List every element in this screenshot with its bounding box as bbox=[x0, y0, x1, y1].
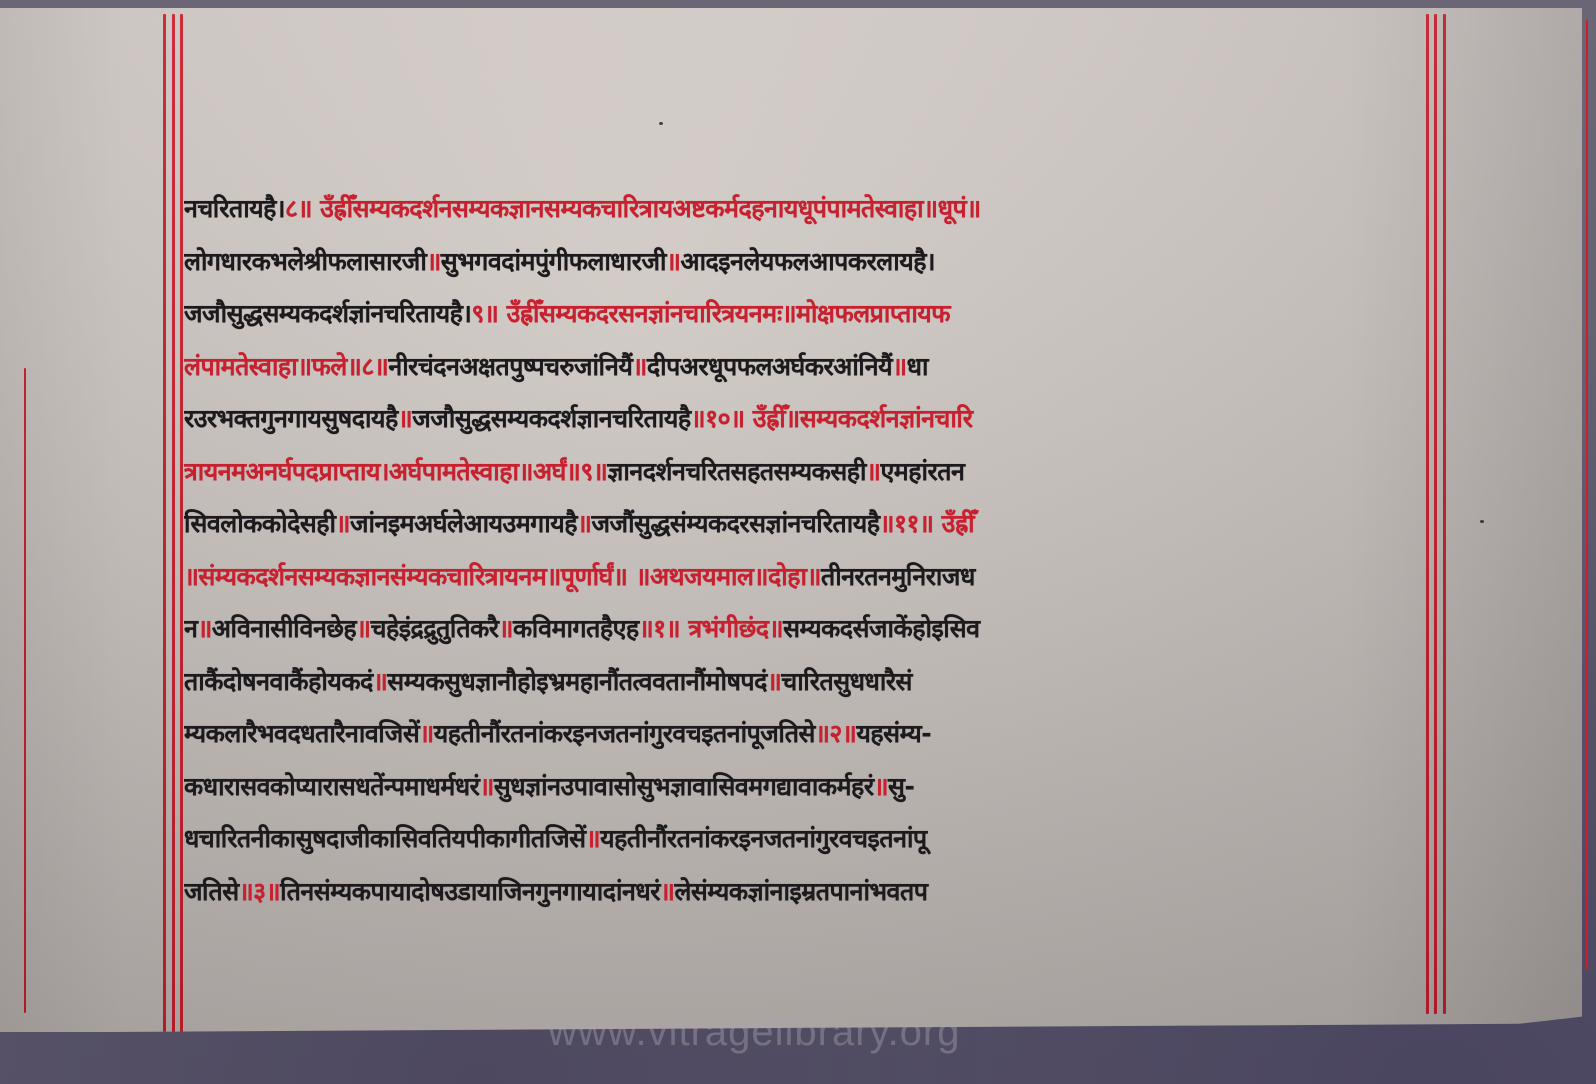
text-segment: रउरभक्तगुनगायसुषदायहै bbox=[184, 404, 398, 433]
text-segment: ॥२॥ bbox=[815, 719, 856, 748]
text-segment: ताकैंदोषनवाकैंहोयकदं bbox=[184, 667, 373, 696]
text-segment: त्रायनमअनर्घपदप्राप्ताय।अर्घपामतेस्वाहा॥… bbox=[184, 457, 607, 486]
text-segment: जतिसे bbox=[184, 877, 239, 906]
text-line-1: नचरितायहै।८॥ उँह्रीँसम्यकदर्शनसम्यकज्ञान… bbox=[184, 183, 1406, 236]
text-segment: ॥ bbox=[197, 614, 211, 643]
text-line-4: लंपामतेस्वाहा॥फले॥८॥नीरचंदनअक्षतपुष्पचरु… bbox=[184, 341, 1406, 394]
right-margin-rule-2 bbox=[1434, 14, 1437, 1014]
text-line-11: म्यकलारैभवदधतारैनावजिसें॥यहतीनौंरतनांकरइ… bbox=[184, 708, 1406, 761]
left-margin-rule-1 bbox=[163, 14, 166, 1034]
text-segment: ॥ bbox=[499, 614, 513, 643]
text-segment: कधारासवकोप्यारासधतेंन्पमाधर्मधरं bbox=[184, 772, 479, 801]
text-line-9: न॥अविनासीविनछेह॥चहेइंद्रद्रुतुतिकरै॥कविम… bbox=[184, 603, 1406, 656]
text-segment: लोगधारकभलेश्रीफलासारजी bbox=[184, 247, 426, 276]
left-margin-rule-3 bbox=[180, 14, 183, 1034]
text-line-10: ताकैंदोषनवाकैंहोयकदं॥सम्यकसुधज्ञानौहोइभ्… bbox=[184, 656, 1406, 709]
text-segment: ८॥ उँह्रीँसम्यकदर्शनसम्यकज्ञानसम्यकचारित… bbox=[285, 194, 981, 223]
text-segment: ॥ bbox=[373, 667, 387, 696]
text-segment: ॥ bbox=[866, 457, 880, 486]
text-segment: म्यकलारैभवदधतारैनावजिसें bbox=[184, 719, 419, 748]
left-margin-rule-2 bbox=[172, 14, 175, 1034]
text-segment: तिनसंम्यकपायादोषउडायाजिनगुनगायादांनधरं bbox=[280, 877, 660, 906]
text-segment: जांनइमअर्घलेआयउमगायहै bbox=[350, 509, 577, 538]
text-segment: ९॥ उँह्रीँसम्यकदरसनज्ञांनचारित्रयनमः॥मोक… bbox=[471, 299, 950, 328]
text-segment: जजौसुद्धसम्यकदर्शज्ञानचरितायहै bbox=[412, 404, 690, 433]
text-segment: ॥ bbox=[479, 772, 493, 801]
text-segment: यहसंम्य- bbox=[856, 719, 931, 748]
text-segment: ॥३॥ bbox=[239, 877, 280, 906]
text-segment: ॥ bbox=[666, 247, 680, 276]
text-segment: जजौंसुद्धसंम्यकदरसज्ञांनचरितायहै bbox=[591, 509, 879, 538]
ink-speck bbox=[1480, 520, 1484, 523]
text-segment: ॥ bbox=[874, 772, 888, 801]
text-segment: ॥ bbox=[426, 247, 440, 276]
text-segment: नचरितायहै। bbox=[184, 194, 285, 223]
text-segment: एमहांरतन bbox=[880, 457, 964, 486]
text-segment: यहतीनौंरतनांकरइनजतनांगुरवचइतनांपूजतिसे bbox=[434, 719, 815, 748]
text-segment: सु- bbox=[888, 772, 914, 801]
text-segment: सुभगवदांमपुंगीफलाधारजी bbox=[441, 247, 666, 276]
text-line-5: रउरभक्तगुनगायसुषदायहै॥जजौसुद्धसम्यकदर्शज… bbox=[184, 393, 1406, 446]
text-segment: कविमागतहैएह bbox=[513, 614, 639, 643]
text-segment: ॥संम्यकदर्शनसम्यकज्ञानसंम्यकचारित्रायनम॥… bbox=[184, 562, 821, 591]
text-segment: ॥ bbox=[767, 667, 781, 696]
text-segment: ॥१०॥ उँह्रीँ॥सम्यकदर्शनज्ञांनचारि bbox=[691, 404, 973, 433]
text-line-8: ॥संम्यकदर्शनसम्यकज्ञानसंम्यकचारित्रायनम॥… bbox=[184, 551, 1406, 604]
text-segment: सुधज्ञांनउपावासोसुभज्ञावासिवमगद्यावाकर्म… bbox=[494, 772, 874, 801]
text-line-2: लोगधारकभलेश्रीफलासारजी॥सुभगवदांमपुंगीफला… bbox=[184, 236, 1406, 289]
text-segment: यहतीनौंरतनांकरइनजतनांगुरवचइतनांपू bbox=[600, 824, 927, 853]
text-line-7: सिवलोककोदेसही॥जांनइमअर्घलेआयउमगायहै॥जजौं… bbox=[184, 498, 1406, 551]
right-margin-rule-3 bbox=[1443, 14, 1446, 1014]
text-line-14: जतिसे॥३॥तिनसंम्यकपायादोषउडायाजिनगुनगायाद… bbox=[184, 866, 1406, 919]
text-line-6: त्रायनमअनर्घपदप्राप्ताय।अर्घपामतेस्वाहा॥… bbox=[184, 446, 1406, 499]
text-segment: ॥ bbox=[632, 352, 646, 381]
text-segment: सम्यकदर्सजाकेंहोइसिव bbox=[783, 614, 979, 643]
text-segment: ॥ bbox=[586, 824, 600, 853]
text-segment: लंपामतेस्वाहा॥फले॥८॥ bbox=[184, 352, 388, 381]
manuscript-text-block: नचरितायहै।८॥ उँह्रीँसम्यकदर्शनसम्यकज्ञान… bbox=[184, 183, 1406, 918]
text-segment: जजौसुद्धसम्यकदर्शज्ञांनचरितायहै। bbox=[184, 299, 471, 328]
text-segment: ॥ bbox=[398, 404, 412, 433]
text-segment: सिवलोककोदेसही bbox=[184, 509, 336, 538]
text-line-12: कधारासवकोप्यारासधतेंन्पमाधर्मधरं॥सुधज्ञा… bbox=[184, 761, 1406, 814]
text-segment: ॥ bbox=[356, 614, 370, 643]
text-segment: ॥ bbox=[577, 509, 591, 538]
right-outer-border-rule bbox=[1586, 20, 1588, 970]
text-segment: ॥ bbox=[660, 877, 674, 906]
text-segment: नीरचंदनअक्षतपुष्पचरुजांनियैं bbox=[388, 352, 632, 381]
text-segment: तीनरतनमुनिराजध bbox=[821, 562, 975, 591]
ink-speck bbox=[659, 122, 663, 125]
text-segment: ॥ bbox=[419, 719, 433, 748]
text-segment: लेसंम्यकज्ञांनाइम्रतपानांभवतप bbox=[674, 877, 927, 906]
text-segment: ॥ bbox=[336, 509, 350, 538]
text-segment: ॥११॥ उँह्रीँ bbox=[880, 509, 975, 538]
text-segment: दीपअरधूपफलअर्घकरआंनियैं bbox=[647, 352, 892, 381]
text-segment: आदइनलेयफलआपकरलायहै। bbox=[680, 247, 935, 276]
left-outer-border-rule bbox=[24, 368, 26, 1013]
right-margin-rule-1 bbox=[1426, 14, 1429, 1014]
text-segment: चारितसुधधारैसं bbox=[781, 667, 912, 696]
text-segment: न bbox=[184, 614, 197, 643]
text-segment: धा bbox=[907, 352, 928, 381]
text-line-3: जजौसुद्धसम्यकदर्शज्ञांनचरितायहै।९॥ उँह्र… bbox=[184, 288, 1406, 341]
text-segment: ॥ bbox=[892, 352, 906, 381]
watermark: www.vitragelibrary.org bbox=[548, 1010, 961, 1055]
text-segment: चहेइंद्रद्रुतुतिकरै bbox=[371, 614, 499, 643]
text-segment: सम्यकसुधज्ञानौहोइभ्रमहानौंतत्ववतानौंमोषप… bbox=[387, 667, 767, 696]
text-segment: ॥१॥ त्रभंगीछंद॥ bbox=[639, 614, 783, 643]
text-segment: ज्ञानदर्शनचरितसहतसम्यकसही bbox=[607, 457, 866, 486]
text-segment: धचारितनीकासुषदाजीकासिवतियपीकागीतजिसें bbox=[184, 824, 586, 853]
text-segment: अविनासीविनछेह bbox=[212, 614, 356, 643]
text-line-13: धचारितनीकासुषदाजीकासिवतियपीकागीतजिसें॥यह… bbox=[184, 813, 1406, 866]
